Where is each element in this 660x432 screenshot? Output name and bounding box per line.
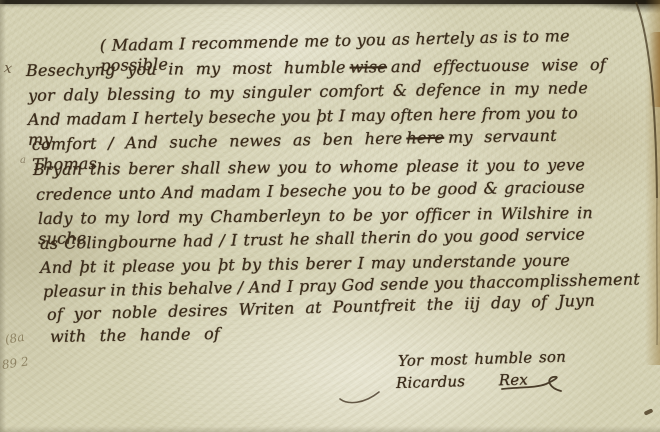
signature-paraph-tail-icon: [338, 390, 382, 408]
letter-line-text: yor daly blessing to my singuler comfort…: [28, 78, 588, 105]
shelfmark-annotation: 89 2: [1, 354, 29, 372]
page-edge-stain: [649, 32, 660, 107]
letter-line: with the hande of: [50, 324, 220, 347]
ink-cross-mark: x: [3, 60, 13, 77]
letter-line-text: with the hande of: [50, 324, 220, 346]
page-edge-top: [0, 0, 660, 4]
signature-text: Yor most humble son: [398, 348, 566, 370]
letter-line: yor daly blessing to my singuler comfort…: [28, 78, 588, 106]
letter-line: credence unto And madam I beseche you to…: [36, 177, 585, 205]
struck-word: here: [406, 128, 444, 148]
shelfmark-annotation: (8a: [4, 330, 26, 347]
struck-word: wise: [350, 57, 387, 76]
ink-speck: [644, 408, 654, 415]
letter-line-text: and effectuouse wise of: [391, 55, 606, 76]
page-edge-bottom: [0, 426, 660, 432]
margin-tick-mark: a: [20, 155, 26, 166]
manuscript-scan: ( Madam I recommende me to you as hertel…: [0, 0, 660, 432]
letter-line: Bryan this berer shall shew you to whome…: [33, 155, 585, 180]
letter-line-text: credence unto And madam I beseche you to…: [36, 177, 585, 204]
letter-line-text: Besechyng you in my most humble: [26, 58, 346, 80]
letter-line-text: Bryan this berer shall shew you to whome…: [33, 155, 585, 179]
signature-line: Yor most humble son: [398, 348, 566, 371]
signature-flourish-icon: [500, 374, 572, 400]
